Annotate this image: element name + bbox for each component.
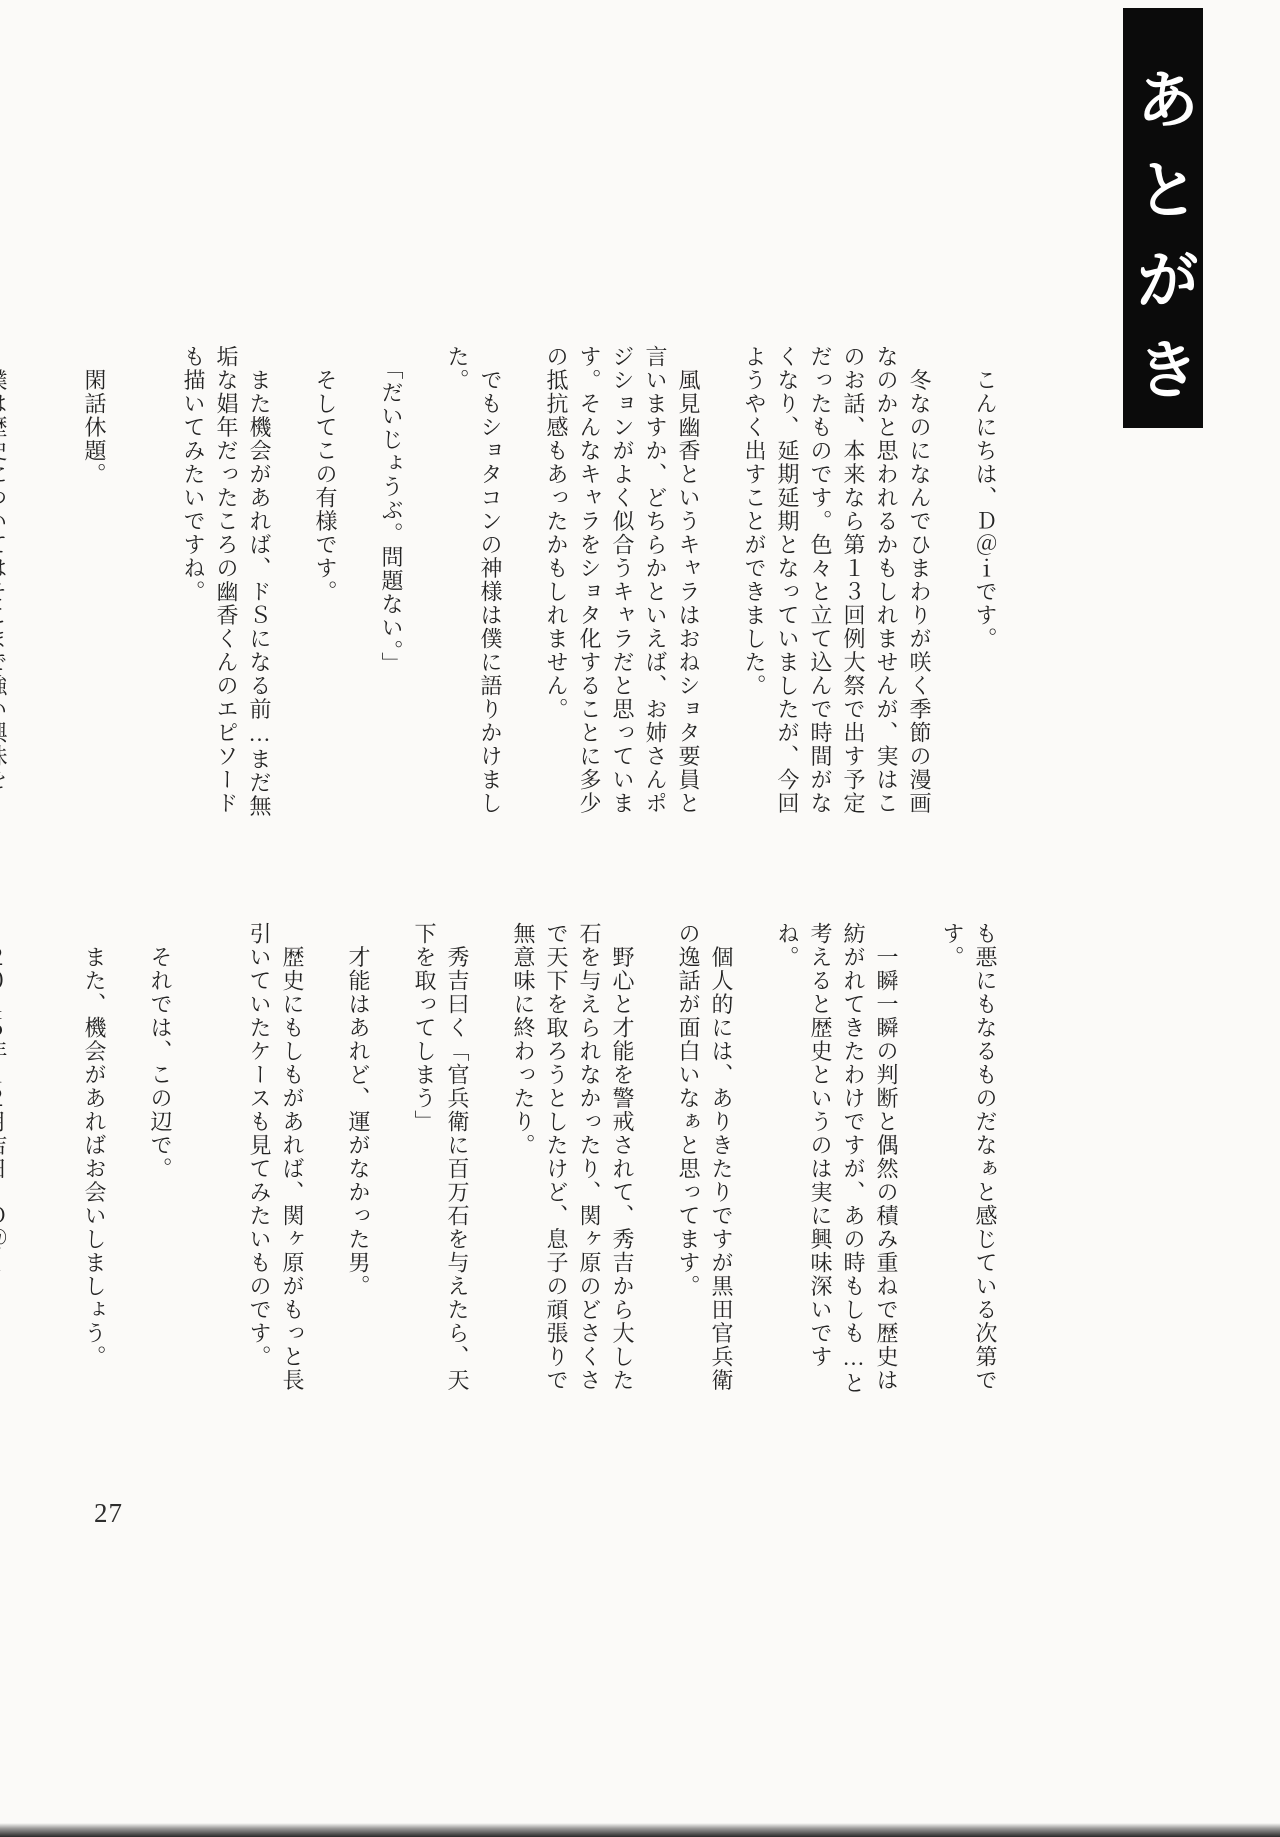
page-number: 27 <box>94 1498 123 1529</box>
paragraph: 僕は歴史についてはそこまで強い興味を 持っていなかったのですが、最近、訳あって … <box>0 345 45 818</box>
paragraph: 個人的には、ありきたりですが黒田官兵衛 の逸話が面白いなぁと思ってます。 <box>672 922 738 1395</box>
paragraph: 冬なのになんでひまわりが咲く季節の漫画 なのかと思われるかもしれませんが、実はこ… <box>738 345 936 818</box>
paragraph: 歴史にもしもがあれば、関ヶ原がもっと長 引いていたケースも見てみたいものです。 <box>243 922 309 1395</box>
paragraph: 才能はあれど、運がなかった男。 <box>342 922 375 1395</box>
paragraph: 「だいじょうぶ。問題ない。」 <box>375 345 408 818</box>
paragraph: ２０１６年１２月吉日 Ｄ＠ｉ <box>0 922 45 1395</box>
paragraph: また、機会があればお会いしましょう。 <box>78 922 111 1395</box>
paragraph: 閑話休題。 <box>78 345 144 818</box>
paragraph: 一瞬一瞬の判断と偶然の積み重ねで歴史は 紡がれてきたわけですが、あの時もしも…と… <box>771 922 903 1395</box>
paragraph: それでは、この辺で。 <box>144 922 210 1395</box>
scan-edge-shadow <box>0 1823 1280 1837</box>
paragraph: 野心と才能を警戒されて、秀吉から大した 石を与えられなかったり、関ヶ原のどさくさ… <box>507 922 639 1395</box>
afterword-text-block-top: こんにちは、Ｄ＠ｉです。 冬なのになんでひまわりが咲く季節の漫画 なのかと思われ… <box>0 345 1035 818</box>
paragraph: でもショタコンの神様は僕に語りかけまし た。 <box>441 345 507 818</box>
afterword-banner: あとがき <box>1123 8 1203 428</box>
paragraph: も悪にもなるものだなぁと感じている次第で す。 <box>936 922 1002 1395</box>
afterword-text-block-bottom: も悪にもなるものだなぁと感じている次第で す。 一瞬一瞬の判断と偶然の積み重ねで… <box>0 922 1035 1395</box>
paragraph: また機会があれば、ドＳになる前…まだ無 垢な娼年だったころの幽香くんのエピソード… <box>177 345 276 818</box>
afterword-page: あとがき こんにちは、Ｄ＠ｉです。 冬なのになんでひまわりが咲く季節の漫画 なの… <box>0 0 1280 1837</box>
paragraph: こんにちは、Ｄ＠ｉです。 <box>969 345 1002 818</box>
afterword-banner-title: あとがき <box>1124 8 1202 428</box>
paragraph: 秀吉曰く「官兵衛に百万石を与えたら、天 下を取ってしまう」 <box>408 922 474 1395</box>
paragraph: そしてこの有様です。 <box>309 345 342 818</box>
paragraph: 風見幽香というキャラはおねショタ要員と 言いますか、どちらかといえば、お姉さんポ… <box>540 345 705 818</box>
